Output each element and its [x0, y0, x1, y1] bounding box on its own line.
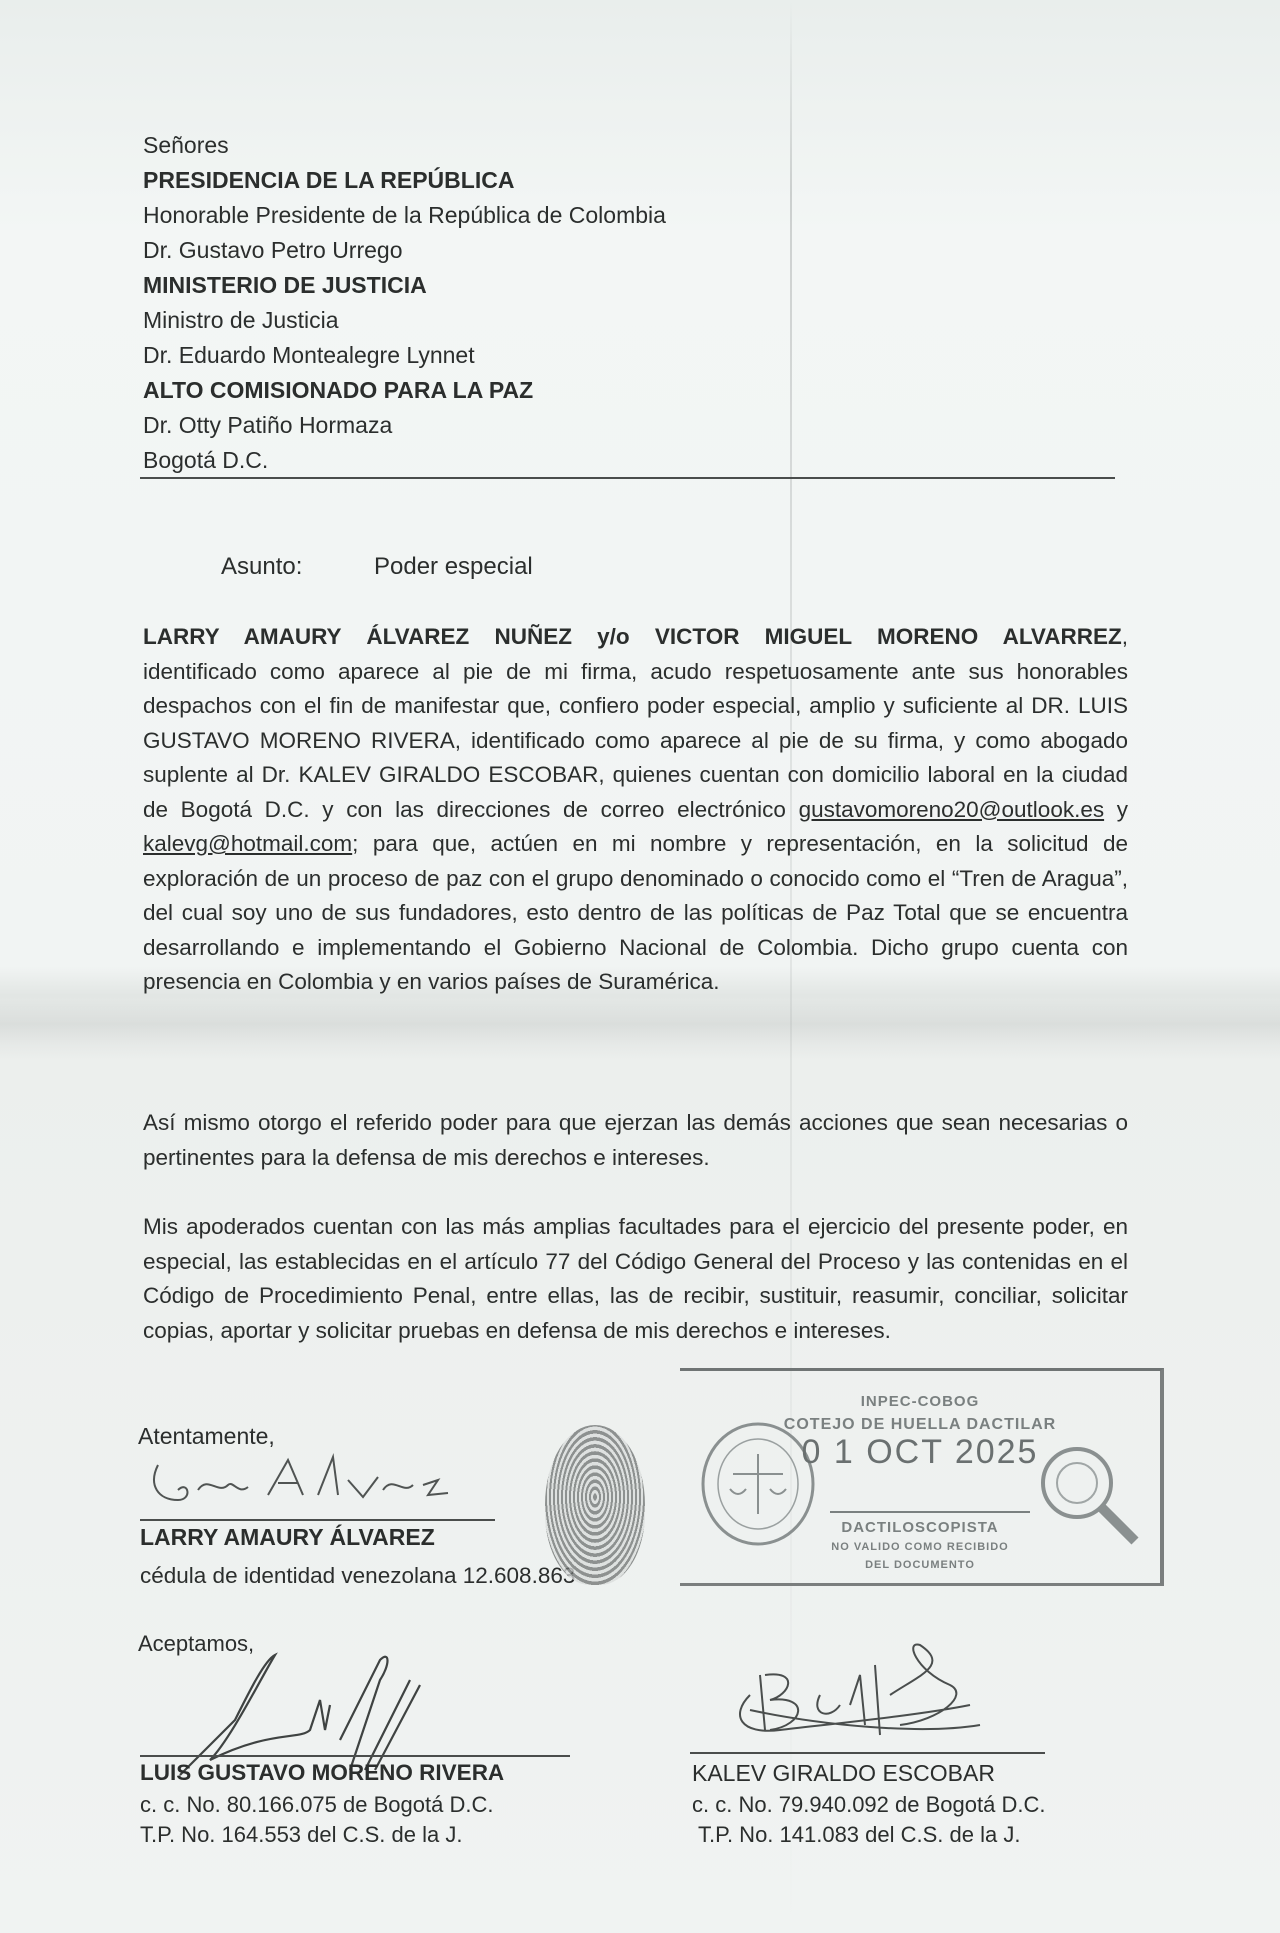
grantor-signature	[138, 1455, 498, 1515]
addressee-block: Señores PRESIDENCIA DE LA REPÚBLICA Hono…	[143, 128, 666, 478]
header-divider	[140, 477, 1115, 479]
fingerprint-mark	[545, 1425, 645, 1585]
magnifier-icon	[1035, 1441, 1145, 1551]
email-link-kalev[interactable]: kalevg@hotmail.com	[143, 831, 352, 856]
grantor-id: cédula de identidad venezolana 12.608.86…	[140, 1563, 575, 1589]
addressee-name-commissioner: Dr. Otty Patiño Hormaza	[143, 408, 666, 443]
attorney-1-tp: T.P. No. 164.553 del C.S. de la J.	[140, 1822, 462, 1848]
addressee-alto-comisionado: ALTO COMISIONADO PARA LA PAZ	[143, 373, 666, 408]
addressee-name-minister: Dr. Eduardo Montealegre Lynnet	[143, 338, 666, 373]
addressee-ministerio: MINISTERIO DE JUSTICIA	[143, 268, 666, 303]
stamp-note-2: DEL DOCUMENTO	[680, 1559, 1160, 1571]
grantor-signature-line	[140, 1519, 495, 1521]
stamp-agency: INPEC-COBOG	[680, 1393, 1160, 1410]
attorney-2-name: KALEV GIRALDO ESCOBAR	[692, 1760, 995, 1787]
grantor-name: LARRY AMAURY ÁLVAREZ	[140, 1524, 435, 1551]
addressee-presidencia: PRESIDENCIA DE LA REPÚBLICA	[143, 163, 666, 198]
document-page: Señores PRESIDENCIA DE LA REPÚBLICA Hono…	[0, 0, 1280, 1933]
closing-text: Atentamente,	[138, 1425, 275, 1448]
attorney-1-cc: c. c. No. 80.166.075 de Bogotá D.C.	[140, 1792, 493, 1818]
body-paragraph-1: LARRY AMAURY ÁLVAREZ NUÑEZ y/o VICTOR MI…	[143, 620, 1128, 1000]
grantor-names: LARRY AMAURY ÁLVAREZ NUÑEZ y/o VICTOR MI…	[143, 624, 1122, 649]
addressee-salutation: Señores	[143, 128, 666, 163]
attorney-2-signature	[720, 1635, 1050, 1755]
stamp-divider	[830, 1511, 1030, 1513]
attorney-2-signature-line	[690, 1752, 1045, 1754]
email-link-moreno[interactable]: gustavomoreno20@outlook.es	[799, 797, 1105, 822]
body-paragraph-3: Mis apoderados cuentan con las más ampli…	[143, 1210, 1128, 1348]
addressee-name-president: Dr. Gustavo Petro Urrego	[143, 233, 666, 268]
attorney-2-tp: T.P. No. 141.083 del C.S. de la J.	[698, 1822, 1020, 1848]
attorney-1-signature-line	[140, 1755, 570, 1757]
attorney-1-name: LUIS GUSTAVO MORENO RIVERA	[140, 1760, 504, 1786]
paragraph-1-text-b: y	[1104, 797, 1128, 822]
addressee-title-minister: Ministro de Justicia	[143, 303, 666, 338]
inpec-stamp: INPEC-COBOG COTEJO DE HUELLA DACTILAR 0 …	[680, 1368, 1164, 1586]
attorney-2-cc: c. c. No. 79.940.092 de Bogotá D.C.	[692, 1792, 1045, 1818]
attorney-1-signature	[150, 1630, 570, 1780]
addressee-city: Bogotá D.C.	[143, 443, 666, 478]
subject-label: Asunto:	[221, 553, 302, 581]
stamp-title: COTEJO DE HUELLA DACTILAR	[680, 1416, 1160, 1434]
subject-value: Poder especial	[374, 553, 533, 581]
addressee-title-president: Honorable Presidente de la República de …	[143, 198, 666, 233]
body-paragraph-2: Así mismo otorgo el referido poder para …	[143, 1106, 1128, 1175]
paragraph-1-text-a: , identificado como aparece al pie de mi…	[143, 624, 1128, 822]
